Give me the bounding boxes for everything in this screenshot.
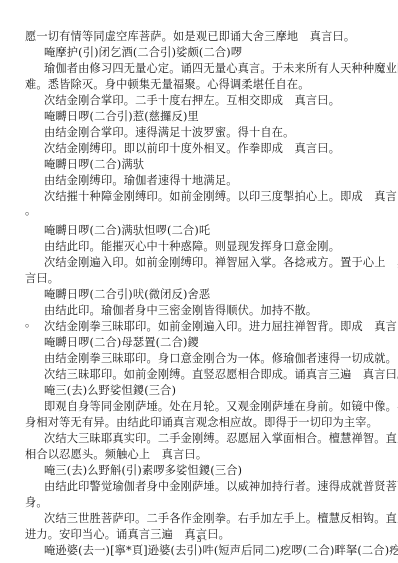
text-line: 相合以忍愿头。频触心上 真言曰。 <box>25 448 207 462</box>
text-line: 愿一切有情等同虚空库菩萨。如是观已即诵大舍三摩地 真言曰。 <box>25 30 355 44</box>
mantra-line: 唵逊婆(去一)[寧*頁]逊婆(去引)吽(短声后同二)疙啰(二合)畔拏(二合)疙 <box>44 544 398 558</box>
text-line: 次结摧十种障金刚缚印。如前金刚缚。以印三度掣拍心上。即成 真言曰 <box>44 190 398 204</box>
text-line: 身相对等无有异。由结此印诵真言观念相应故。即得于一切印为主宰。 <box>25 416 378 430</box>
text-line: 由结此印警觉瑜伽者身中金刚萨埵。以威神加持行者。速得成就普贤菩萨 <box>44 480 398 494</box>
mantra-line: 唵嚩日啰(二合引)惹(慈攞反)里 <box>44 110 199 124</box>
text-line: 由结金刚拳三昧耶印。身口意金刚合为一体。修瑜伽者速得一切成就。 <box>44 352 397 366</box>
mantra-line: 唵三(去)么野斛(引)素啰多娑怛鑁(三合) <box>44 464 242 478</box>
mantra-line: 唵三(去)么野娑怛鑁(三合) <box>44 384 176 398</box>
document-page: 愿一切有情等同虚空库菩萨。如是观已即诵大舍三摩地 真言曰。 唵摩护(引)闭乞酒(… <box>0 0 398 563</box>
punctuation-line: 。 <box>25 204 36 218</box>
text-line: 次结三昧耶印。如前金刚缚。直竖忍愿相合即成。诵真言三遍 真言曰。 <box>44 368 398 382</box>
text-line: 次结金刚合掌印。二手十度右押左。互相交即成 真言曰。 <box>44 94 340 108</box>
text-line: 次结金刚拳三昧耶印。如前金刚遍入印。进力屈拄禅智背。即成 真言曰 <box>44 320 398 334</box>
mantra-line: 唵摩护(引)闭乞酒(二合引)娑颇(二合)啰 <box>44 46 242 60</box>
text-line: 即观自身等同金刚萨埵。处在月轮。又观金刚萨埵在身前。如镜中像。与 <box>44 400 398 414</box>
page-number: - 3 - <box>0 535 398 544</box>
text-line: 由结此印。瑜伽者身中三密金刚皆得顺伏。加持不散。 <box>44 304 317 318</box>
text-line: 由结金刚缚印。瑜伽者速得十地满足。 <box>44 174 238 188</box>
punctuation-line: 。 <box>25 316 36 330</box>
mantra-line: 唵嚩日啰(二合)满驮 <box>44 158 144 172</box>
text-line: 难。悉皆除灭。身中顿集无量福聚。心得调柔堪任自在。 <box>25 78 310 92</box>
text-line: 身。 <box>25 496 48 510</box>
text-line: 言曰。 <box>25 272 59 286</box>
mantra-line: 唵嚩日啰(二合)满驮怛啰(二合)吒 <box>44 224 210 238</box>
text-line: 瑜伽者由修习四无量心定。诵四无量心真言。于未来所有人天种种魔业障 <box>44 62 398 76</box>
mantra-line: 唵嚩日啰(二合引)吠(微闭反)舍恶 <box>44 288 210 302</box>
mantra-line: 唵嚩日啰(二合)母瑟置(二合)鑁 <box>44 336 199 350</box>
text-line: 由结金刚合掌印。速得满足十波罗蜜。得十自在。 <box>44 126 295 140</box>
text-line: 由结此印。能摧灭心中十种惑障。则显现发挥身口意金刚。 <box>44 240 340 254</box>
text-line: 次结金刚遍入印。如前金刚缚印。禅智屈入掌。各捻戒方。置于心上 真 <box>44 256 398 270</box>
text-line: 次结大三昧耶真实印。二手金刚缚。忍愿屈入掌面相合。檀慧禅智。直竖 <box>44 432 398 446</box>
text-line: 次结三世胜菩萨印。二手各作金刚拳。右手加左手上。檀慧反相钩。直竖 <box>44 512 398 526</box>
text-line: 次结金刚缚印。即以前印十度外相叉。作拳即成 真言曰。 <box>44 142 340 156</box>
